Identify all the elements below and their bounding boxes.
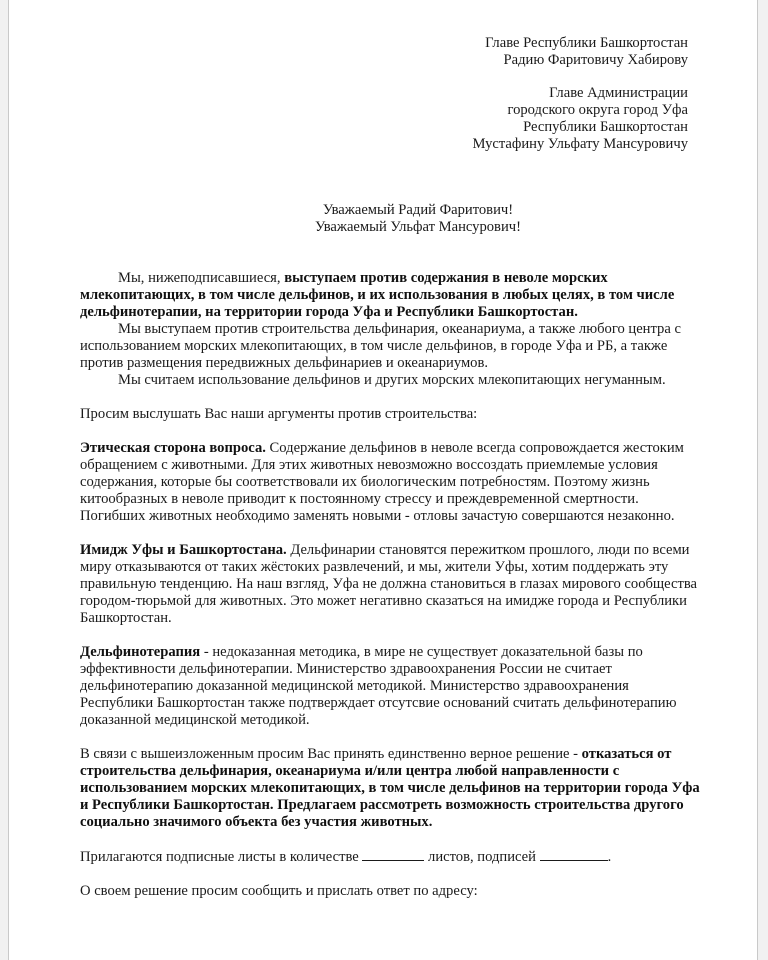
salutation-line: Уважаемый Радий Фаритович! [79,202,757,219]
argument-image: Имидж Уфы и Башкортостана. Дельфинарии с… [80,542,700,627]
intro-paragraph-2: Мы выступаем против строительства дельфи… [80,321,700,372]
attachments-paragraph: Прилагаются подписные листы в количестве… [80,848,700,866]
argument-title: Этическая сторона вопроса. [80,440,266,456]
spacer [288,69,688,85]
sheets-count-blank [362,848,424,861]
addressee-line: городского округа город Уфа [288,102,688,119]
intro-paragraph-3: Мы считаем использование дельфинов и дру… [80,372,700,389]
signatures-count-blank [540,848,608,861]
reply-request-paragraph: О своем решение просим сообщить и присла… [80,883,700,900]
intro-paragraph: Мы, нижеподписавшиеся, выступаем против … [80,270,700,321]
attachments-text: Прилагаются подписные листы в количестве [80,849,362,865]
addressee-block: Главе Республики Башкортостан Радию Фари… [288,35,688,153]
argument-ethics: Этическая сторона вопроса. Содержание де… [80,440,700,525]
addressee-line: Мустафину Ульфату Мансуровичу [288,136,688,153]
document-viewport: Главе Республики Башкортостан Радию Фари… [0,0,768,960]
addressee-line: Главе Администрации [288,85,688,102]
argument-title: Имидж Уфы и Башкортостана. [80,542,287,558]
addressee-line: Главе Республики Башкортостан [288,35,688,52]
request-paragraph: Просим выслушать Вас наши аргументы прот… [80,406,700,423]
conclusion-paragraph: В связи с вышеизложенным просим Вас прин… [80,746,700,831]
salutation-line: Уважаемый Ульфат Мансурович! [79,219,757,236]
addressee-line: Республики Башкортостан [288,119,688,136]
document-page: Главе Республики Башкортостан Радию Фари… [8,0,758,960]
attachments-text: . [608,849,612,865]
salutation: Уважаемый Радий Фаритович! Уважаемый Уль… [9,202,757,236]
intro-text: Мы, нижеподписавшиеся, [118,270,284,286]
conclusion-text: В связи с вышеизложенным просим Вас прин… [80,746,582,762]
argument-therapy: Дельфинотерапия - недоказанная методика,… [80,644,700,729]
attachments-text: листов, подписей [424,849,539,865]
letter-body: Мы, нижеподписавшиеся, выступаем против … [80,270,700,900]
addressee-line: Радию Фаритовичу Хабирову [288,52,688,69]
argument-title: Дельфинотерапия [80,644,200,660]
